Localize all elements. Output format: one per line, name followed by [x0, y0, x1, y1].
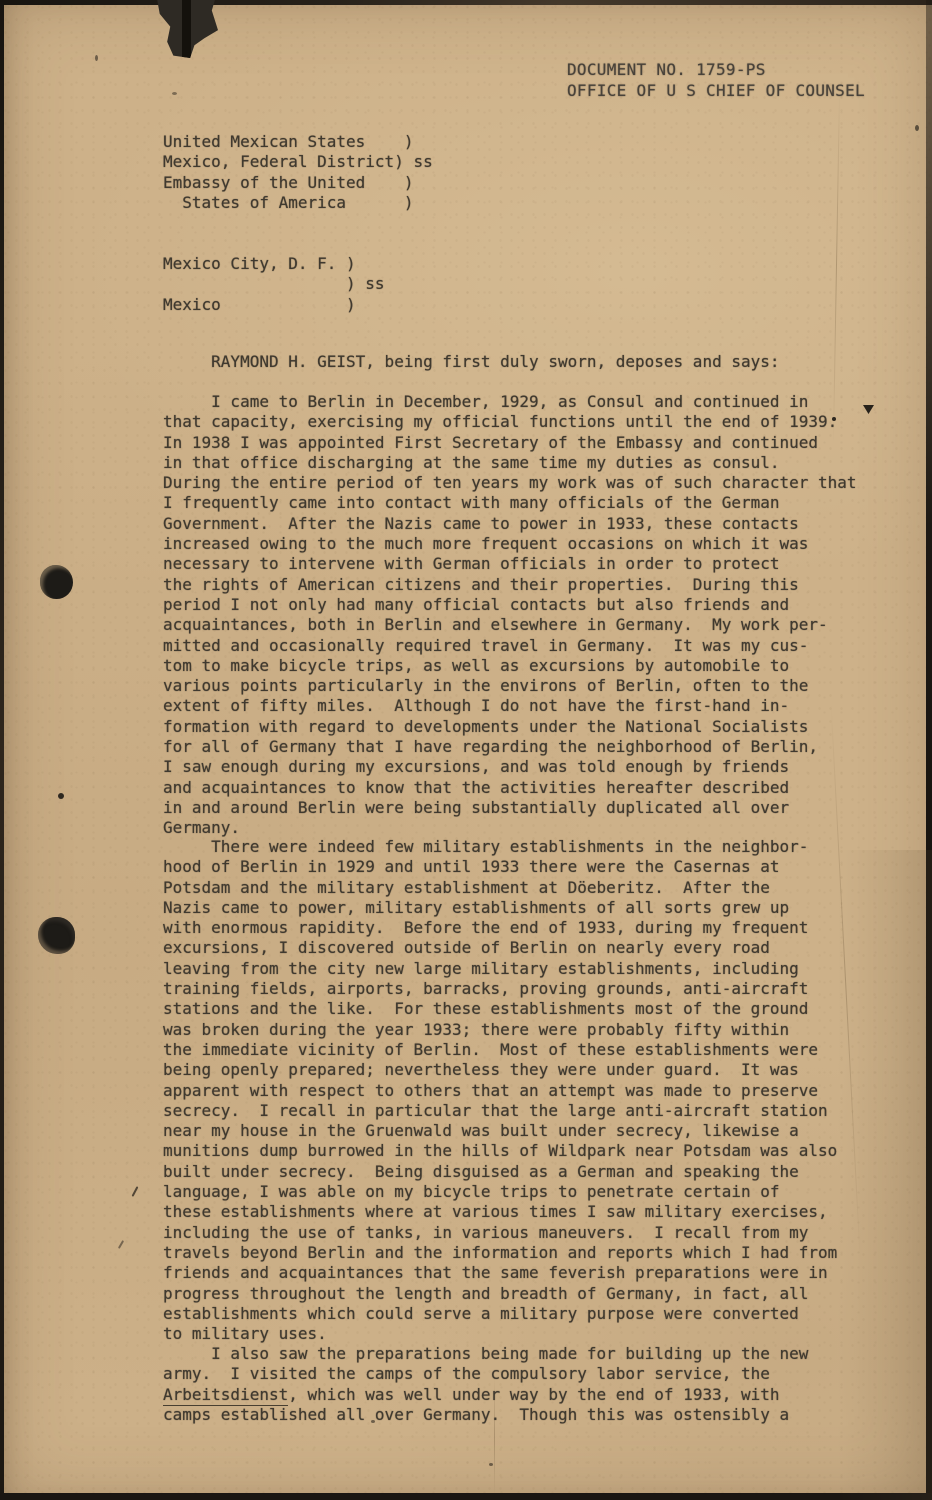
- paragraph-3-text-before: I also saw the preparations being made f…: [163, 1344, 808, 1383]
- paragraph-3: I also saw the preparations being made f…: [163, 1344, 808, 1425]
- paragraph-1: I came to Berlin in December, 1929, as C…: [163, 392, 857, 839]
- stamp-office-line: OFFICE OF U S CHIEF OF COUNSEL: [567, 81, 865, 102]
- pencil-mark: [132, 1186, 139, 1197]
- ink-speck: [489, 1463, 493, 1466]
- scan-edge-left: [0, 0, 4, 1500]
- hole-punch-bottom: [38, 917, 75, 954]
- affidavit-scan-page: DOCUMENT NO. 1759-PS OFFICE OF U S CHIEF…: [0, 0, 932, 1500]
- ink-blot-stripe: [182, 0, 191, 58]
- scan-edge-bottom: [0, 1493, 932, 1500]
- paper-crease-upper: [833, 85, 840, 445]
- document-stamp: DOCUMENT NO. 1759-PS OFFICE OF U S CHIEF…: [567, 60, 865, 101]
- ink-speck: [915, 125, 919, 131]
- paragraph-2: There were indeed few military establish…: [163, 837, 837, 1344]
- ink-mark-triangle: [863, 405, 874, 414]
- scan-edge-top: [0, 0, 932, 5]
- pencil-mark: [118, 1240, 124, 1249]
- arbeitsdienst-underlined-term: Arbeitsdienst: [163, 1385, 288, 1406]
- ink-speck: [58, 793, 64, 799]
- right-edge-shadow: [837, 850, 932, 1500]
- ink-speck: [95, 55, 98, 61]
- stamp-document-number: DOCUMENT NO. 1759-PS: [567, 60, 865, 81]
- venue-caption: Mexico City, D. F. ) ) ss Mexico ): [163, 254, 385, 315]
- ink-blot: [156, 0, 218, 58]
- jurisdiction-caption: United Mexican States ) Mexico, Federal …: [163, 132, 433, 213]
- oath-line: RAYMOND H. GEIST, being first duly sworn…: [163, 352, 780, 372]
- hole-punch-top: [40, 565, 73, 599]
- ink-speck: [172, 92, 177, 95]
